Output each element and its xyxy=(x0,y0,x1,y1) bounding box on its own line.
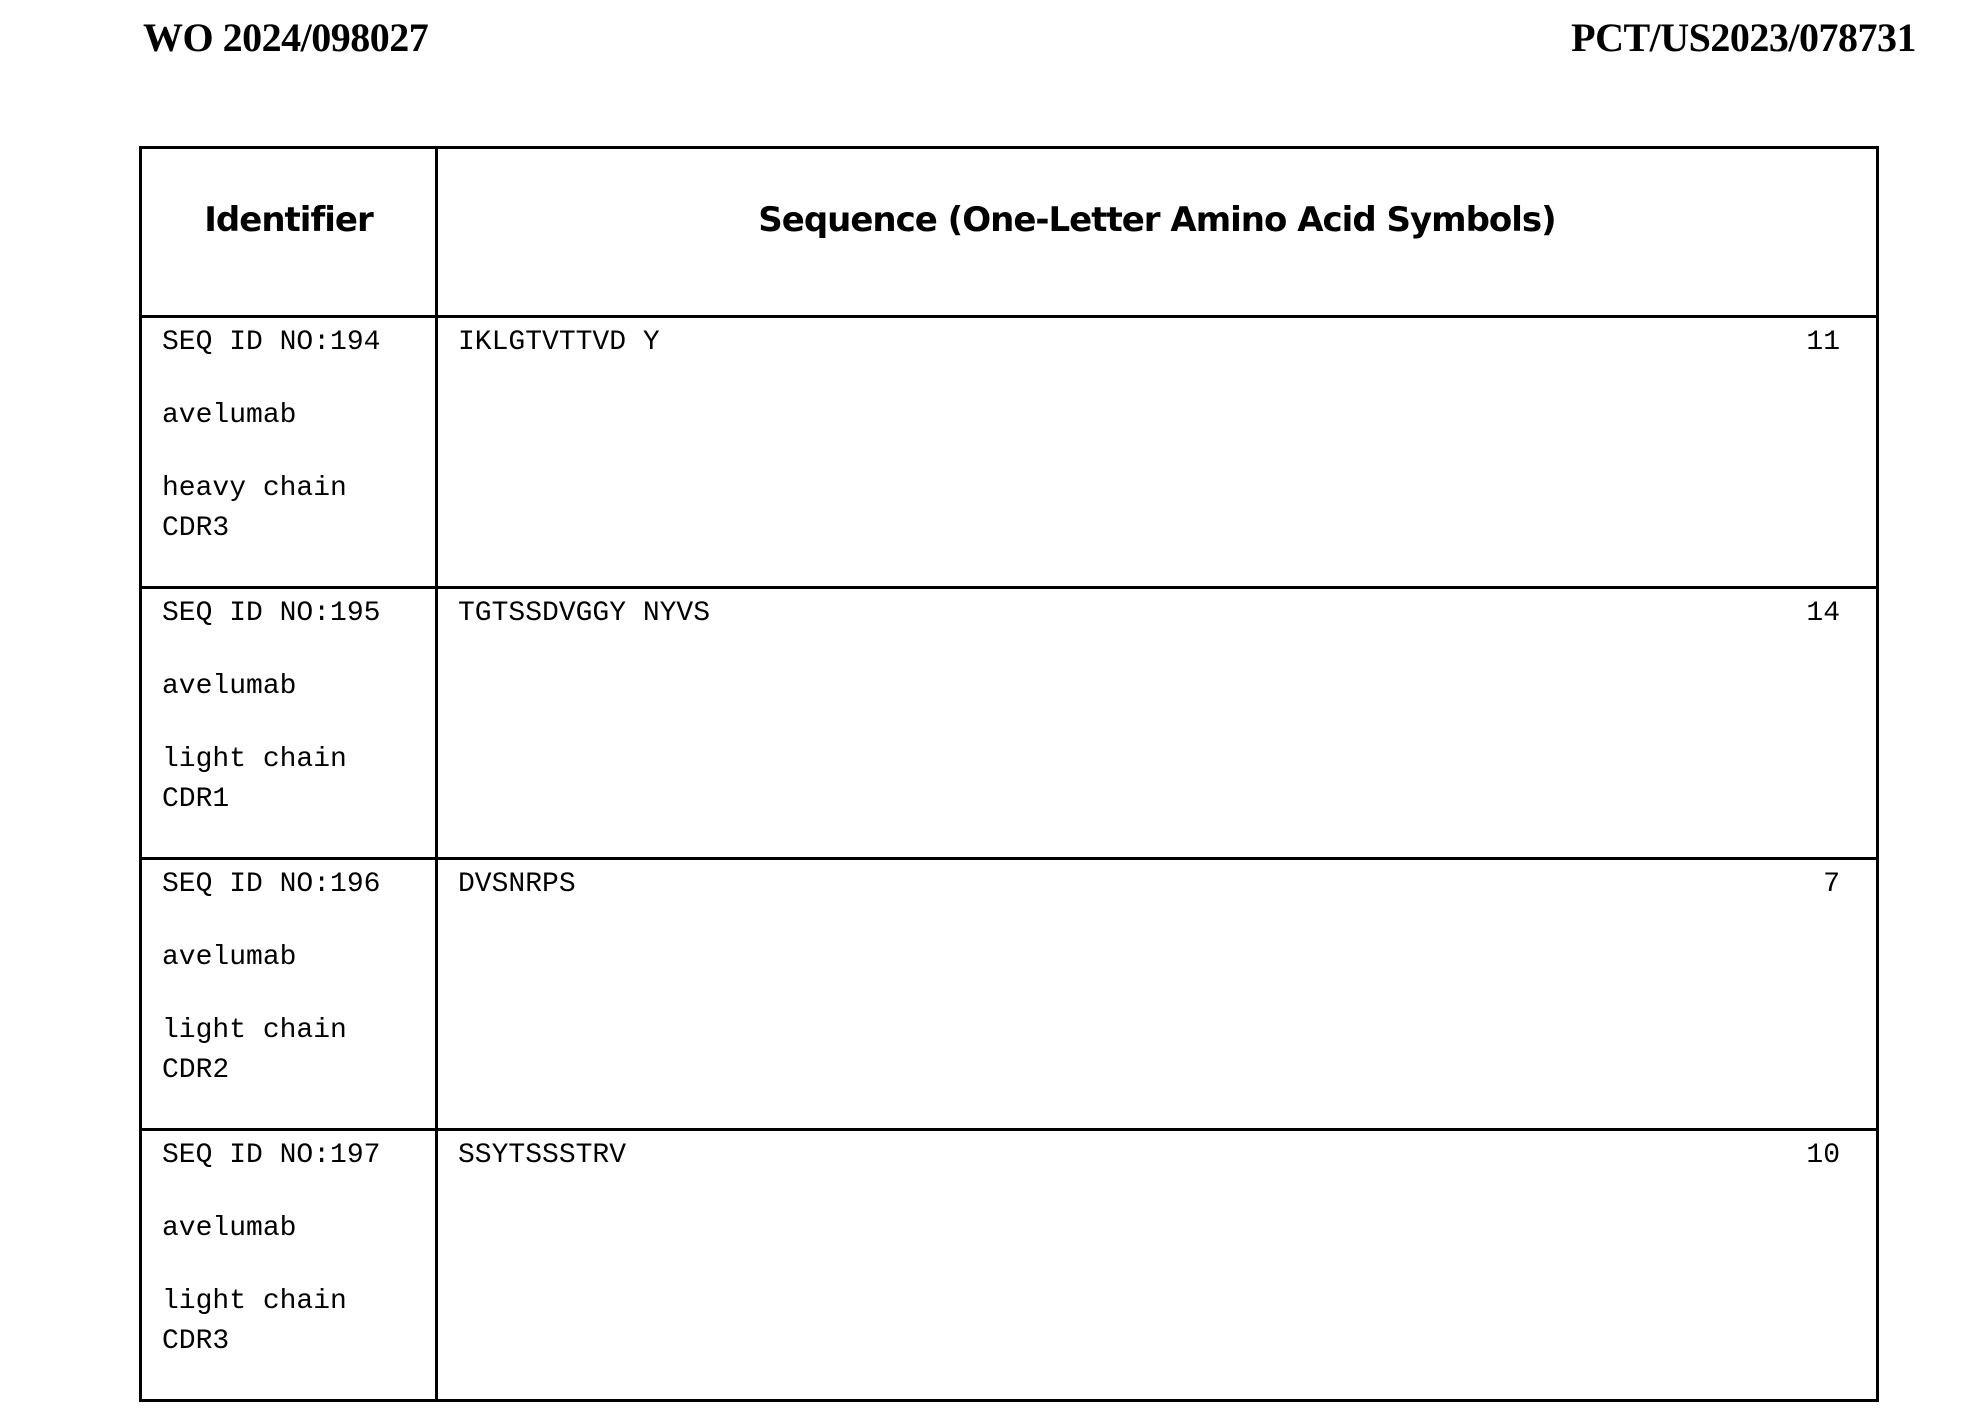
sequence-cell: SSYTSSSTRV 10 xyxy=(437,1130,1878,1401)
antibody-name: avelumab xyxy=(162,1209,435,1249)
table-row: SEQ ID NO:195 avelumab light chain CDR1 … xyxy=(141,588,1878,859)
sequence-length: 7 xyxy=(1823,865,1840,905)
sequence-cell: IKLGTVTTVD Y 11 xyxy=(437,317,1878,588)
chain-type: heavy chain xyxy=(162,469,435,509)
chain-type: light chain xyxy=(162,1011,435,1051)
sequence-length: 10 xyxy=(1806,1136,1840,1176)
region-name: CDR3 xyxy=(162,509,435,549)
amino-acid-sequence: DVSNRPS xyxy=(458,869,576,900)
antibody-name: avelumab xyxy=(162,667,435,707)
publication-number: WO 2024/098027 xyxy=(143,14,428,61)
antibody-name: avelumab xyxy=(162,938,435,978)
seq-id: SEQ ID NO:196 xyxy=(162,865,435,905)
seq-id: SEQ ID NO:197 xyxy=(162,1136,435,1176)
region-name: CDR3 xyxy=(162,1322,435,1362)
sequence-length: 14 xyxy=(1806,594,1840,634)
amino-acid-sequence: SSYTSSSTRV xyxy=(458,1140,626,1171)
seq-id: SEQ ID NO:195 xyxy=(162,594,435,634)
identifier-cell: SEQ ID NO:197 avelumab light chain CDR3 xyxy=(141,1130,437,1401)
table-row: SEQ ID NO:197 avelumab light chain CDR3 … xyxy=(141,1130,1878,1401)
antibody-name: avelumab xyxy=(162,396,435,436)
chain-type: light chain xyxy=(162,1282,435,1322)
table-header-row: Identifier Sequence (One-Letter Amino Ac… xyxy=(141,148,1878,317)
amino-acid-sequence: IKLGTVTTVD Y xyxy=(458,327,660,358)
region-name: CDR2 xyxy=(162,1051,435,1091)
chain-type: light chain xyxy=(162,740,435,780)
seq-id: SEQ ID NO:194 xyxy=(162,323,435,363)
sequence-table: Identifier Sequence (One-Letter Amino Ac… xyxy=(139,146,1879,1402)
application-number: PCT/US2023/078731 xyxy=(1571,14,1916,61)
identifier-cell: SEQ ID NO:195 avelumab light chain CDR1 xyxy=(141,588,437,859)
table-row: SEQ ID NO:194 avelumab heavy chain CDR3 … xyxy=(141,317,1878,588)
identifier-cell: SEQ ID NO:196 avelumab light chain CDR2 xyxy=(141,859,437,1130)
sequence-length: 11 xyxy=(1806,323,1840,363)
table-row: SEQ ID NO:196 avelumab light chain CDR2 … xyxy=(141,859,1878,1130)
identifier-cell: SEQ ID NO:194 avelumab heavy chain CDR3 xyxy=(141,317,437,588)
column-header-sequence: Sequence (One-Letter Amino Acid Symbols) xyxy=(437,148,1878,317)
amino-acid-sequence: TGTSSDVGGY NYVS xyxy=(458,598,710,629)
region-name: CDR1 xyxy=(162,780,435,820)
column-header-identifier: Identifier xyxy=(141,148,437,317)
sequence-cell: TGTSSDVGGY NYVS 14 xyxy=(437,588,1878,859)
sequence-cell: DVSNRPS 7 xyxy=(437,859,1878,1130)
